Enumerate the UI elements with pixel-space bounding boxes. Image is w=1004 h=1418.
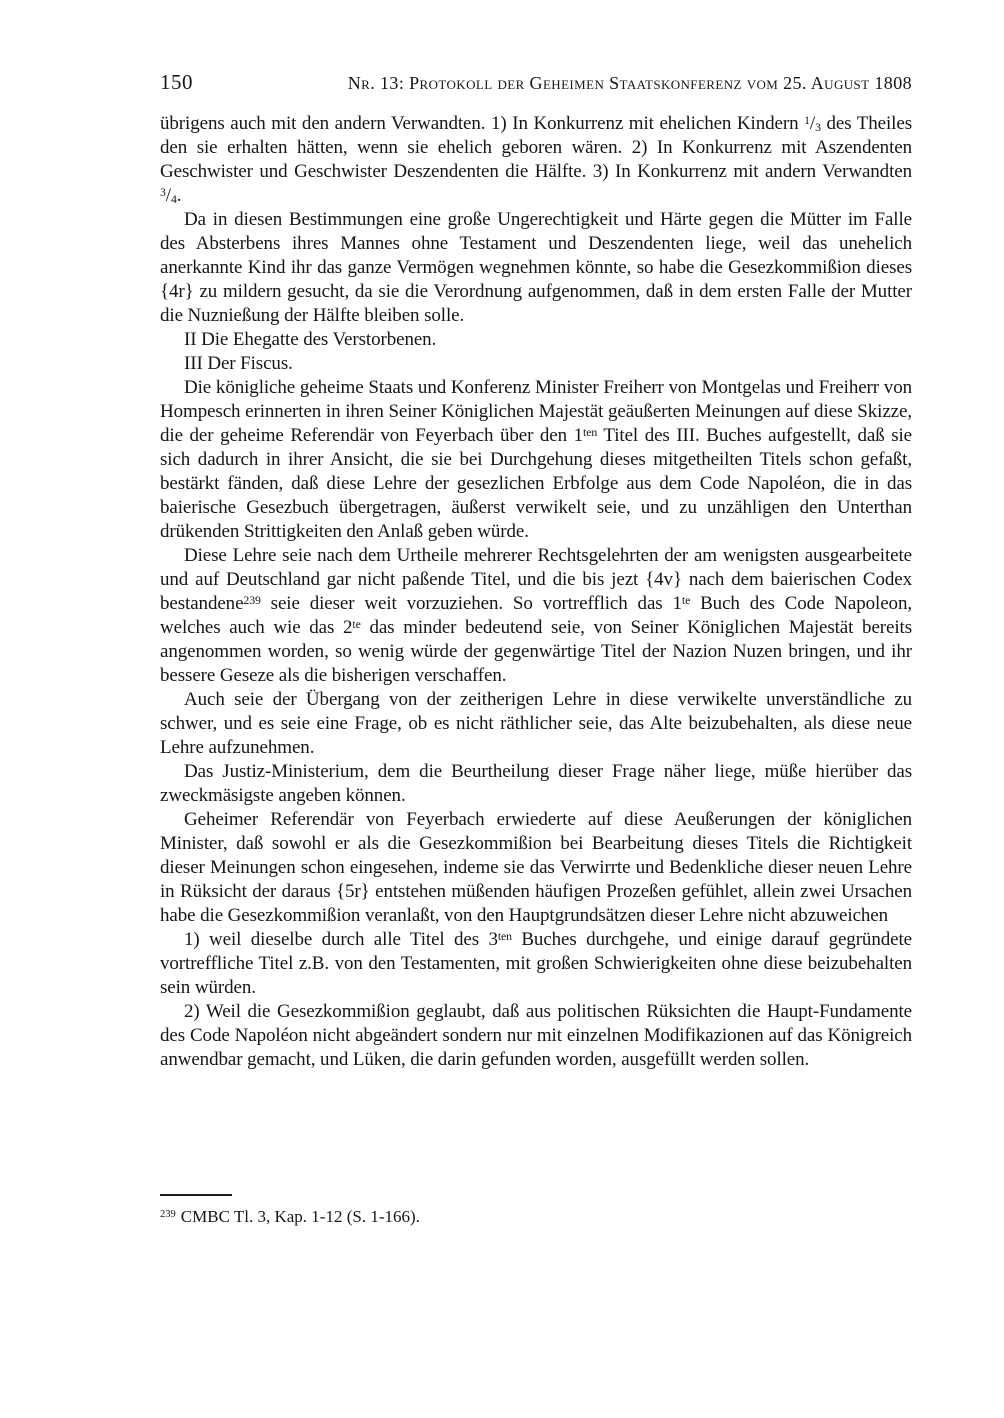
- paragraph: Diese Lehre seie nach dem Urtheile mehre…: [160, 544, 912, 688]
- footnote-separator: [160, 1194, 232, 1196]
- paragraph: Auch seie der Übergang von der zeitherig…: [160, 688, 912, 760]
- page-number: 150: [160, 70, 193, 95]
- paragraph: übrigens auch mit den andern Verwandten.…: [160, 112, 912, 208]
- paragraph: III Der Fiscus.: [160, 352, 912, 376]
- paragraph: II Die Ehegatte des Verstorbenen.: [160, 328, 912, 352]
- paragraph: Geheimer Referendär von Feyerbach erwied…: [160, 808, 912, 928]
- running-head-title: Nr. 13: Protokoll der Geheimen Staatskon…: [348, 73, 912, 94]
- document-page: 150 Nr. 13: Protokoll der Geheimen Staat…: [0, 0, 1004, 1418]
- paragraph: Das Justiz-Ministerium, dem die Beurthei…: [160, 760, 912, 808]
- paragraph: Da in diesen Bestimmungen eine große Ung…: [160, 208, 912, 328]
- paragraph: 1) weil dieselbe durch alle Titel des 3t…: [160, 928, 912, 1000]
- footnote-content: CMBC Tl. 3, Kap. 1-12 (S. 1-166).: [181, 1207, 420, 1226]
- paragraph: 2) Weil die Gesezkommißion geglaubt, daß…: [160, 1000, 912, 1072]
- footnote-text: 239CMBC Tl. 3, Kap. 1-12 (S. 1-166).: [160, 1206, 912, 1228]
- paragraph: Die königliche geheime Staats und Konfer…: [160, 376, 912, 544]
- footnote: 239CMBC Tl. 3, Kap. 1-12 (S. 1-166).: [160, 1194, 912, 1228]
- footnote-marker: 239: [160, 1209, 176, 1220]
- page-header: 150 Nr. 13: Protokoll der Geheimen Staat…: [160, 70, 912, 95]
- body-text: übrigens auch mit den andern Verwandten.…: [160, 112, 912, 1072]
